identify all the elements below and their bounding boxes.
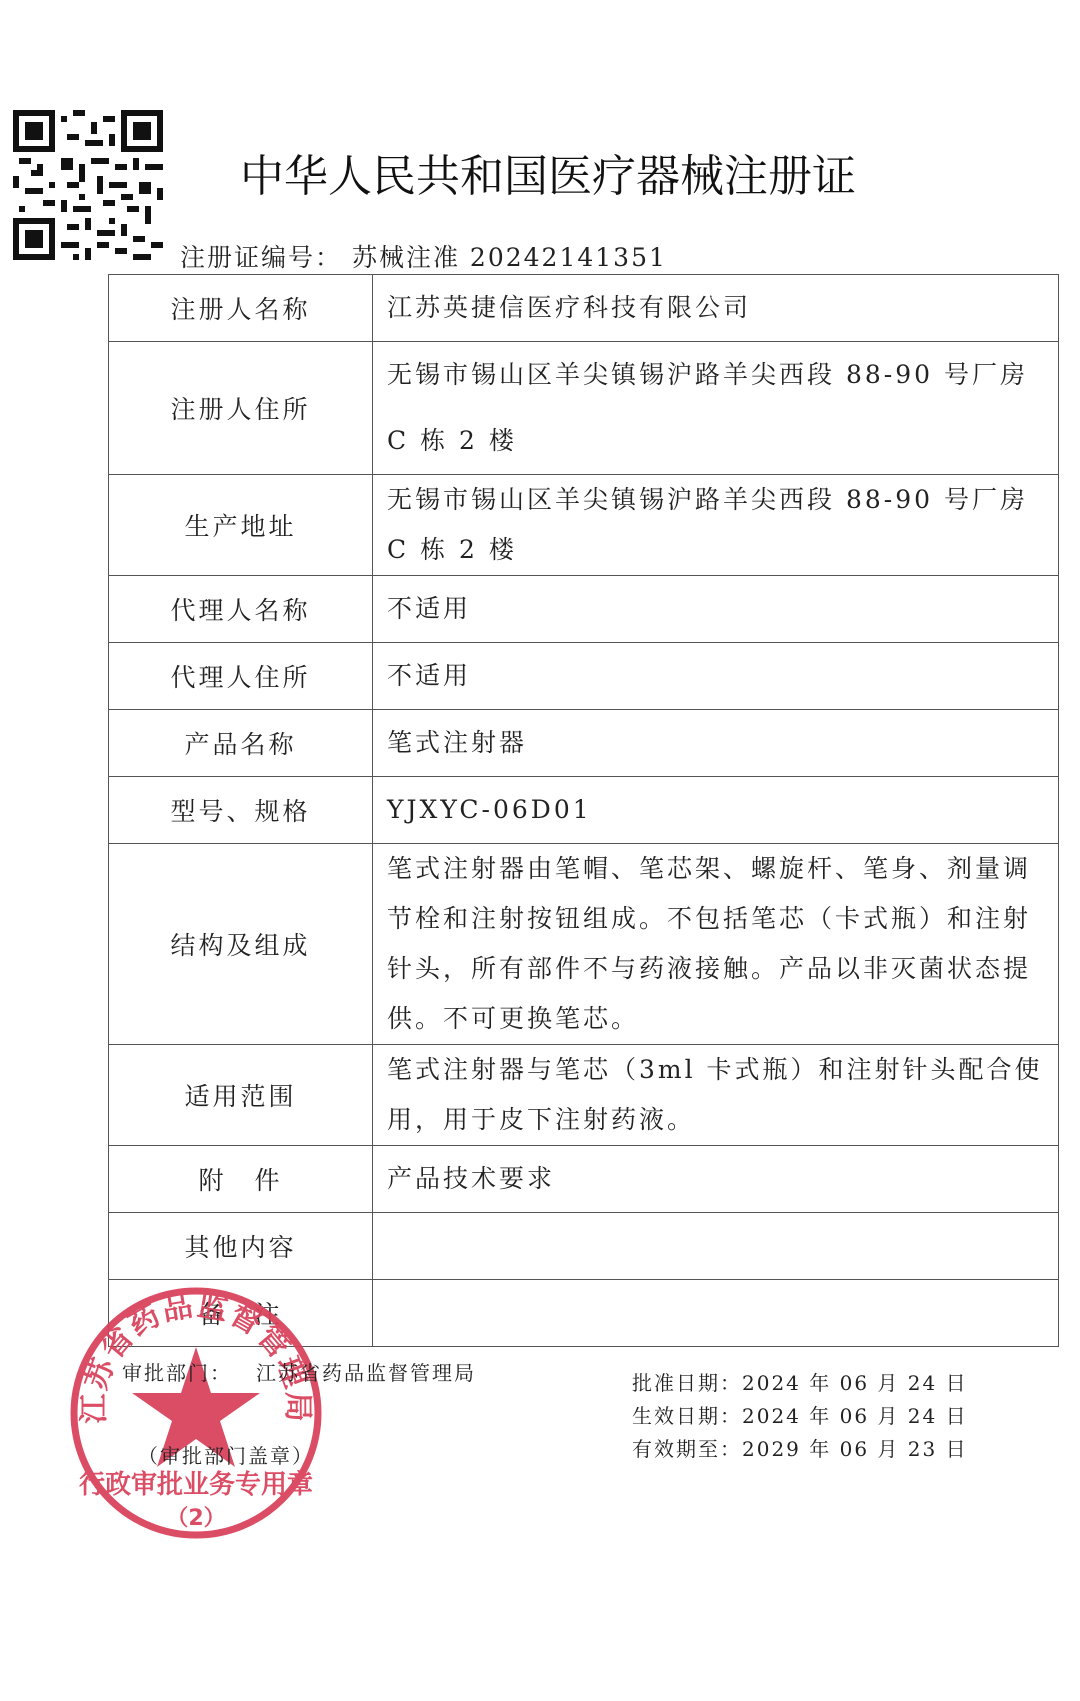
approval-department: 审批部门：江苏省药品监督管理局 [122,1357,476,1386]
row-value: 江苏英捷信医疗科技有限公司 [373,275,1059,342]
row-label: 附 件 [109,1146,373,1213]
registration-number-label: 注册证编号： [180,243,342,272]
row-value: 笔式注射器 [373,710,1059,777]
row-label: 其他内容 [109,1213,373,1280]
approval-department-value: 江苏省药品监督管理局 [256,1361,476,1385]
official-seal-icon: 江苏省药品监督管理局 行政审批业务专用章 （2） [68,1285,324,1541]
row-value: 无锡市锡山区羊尖镇锡沪路羊尖西段 88-90 号厂房 C 栋 2 楼 [373,342,1059,475]
certificate-table: 注册人名称 江苏英捷信医疗科技有限公司 注册人住所 无锡市锡山区羊尖镇锡沪路羊尖… [108,274,1059,1347]
row-label: 注册人住所 [109,342,373,475]
approval-department-label: 审批部门： [122,1361,232,1385]
row-label: 生产地址 [109,475,373,576]
row-label: 代理人住所 [109,643,373,710]
row-value: 不适用 [373,643,1059,710]
table-row: 结构及组成 笔式注射器由笔帽、笔芯架、螺旋杆、笔身、剂量调节栓和注射按钮组成。不… [109,844,1059,1045]
registration-number-value: 苏械注准 20242141351 [352,243,667,272]
seal-bottom-text: 行政审批业务专用章 [79,1469,313,1500]
table-row: 产品名称 笔式注射器 [109,710,1059,777]
table-row: 注册人名称 江苏英捷信医疗科技有限公司 [109,275,1059,342]
row-value: 笔式注射器由笔帽、笔芯架、螺旋杆、笔身、剂量调节栓和注射按钮组成。不包括笔芯（卡… [373,844,1059,1045]
row-value [373,1280,1059,1347]
effective-date: 生效日期：2024 年 06 月 24 日 [632,1400,968,1433]
approval-date: 批准日期：2024 年 06 月 24 日 [632,1367,968,1400]
seal-number: （2） [166,1506,225,1531]
row-value [373,1213,1059,1280]
row-value: 笔式注射器与笔芯（3ml 卡式瓶）和注射针头配合使用，用于皮下注射药液。 [373,1045,1059,1146]
document-title: 中华人民共和国医疗器械注册证 [240,140,856,204]
row-label: 注册人名称 [109,275,373,342]
row-value: 产品技术要求 [373,1146,1059,1213]
expiry-date: 有效期至：2029 年 06 月 23 日 [632,1433,968,1466]
table-row: 代理人名称 不适用 [109,576,1059,643]
table-row: 型号、规格 YJXYC-06D01 [109,777,1059,844]
registration-number: 注册证编号： 苏械注准 20242141351 [180,238,667,274]
table-row: 注册人住所 无锡市锡山区羊尖镇锡沪路羊尖西段 88-90 号厂房 C 栋 2 楼 [109,342,1059,475]
qr-code-icon [13,110,163,260]
row-label: 产品名称 [109,710,373,777]
stamp-note: （审批部门盖章） [138,1440,314,1469]
row-label: 代理人名称 [109,576,373,643]
table-row: 代理人住所 不适用 [109,643,1059,710]
row-value: 无锡市锡山区羊尖镇锡沪路羊尖西段 88-90 号厂房 C 栋 2 楼 [373,475,1059,576]
row-label: 型号、规格 [109,777,373,844]
row-value: YJXYC-06D01 [373,777,1059,844]
row-label: 适用范围 [109,1045,373,1146]
table-row: 其他内容 [109,1213,1059,1280]
dates-block: 批准日期：2024 年 06 月 24 日 生效日期：2024 年 06 月 2… [632,1367,968,1466]
table-row: 生产地址 无锡市锡山区羊尖镇锡沪路羊尖西段 88-90 号厂房 C 栋 2 楼 [109,475,1059,576]
row-value: 不适用 [373,576,1059,643]
table-row: 附 件 产品技术要求 [109,1146,1059,1213]
row-label: 结构及组成 [109,844,373,1045]
table-row: 适用范围 笔式注射器与笔芯（3ml 卡式瓶）和注射针头配合使用，用于皮下注射药液… [109,1045,1059,1146]
